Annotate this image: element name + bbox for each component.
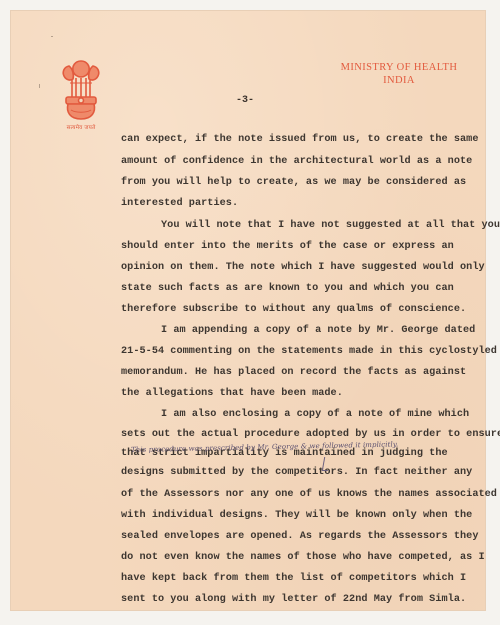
paper-speck: [51, 36, 53, 37]
body-line: the allegations that have been made.: [121, 388, 343, 399]
body-line: with individual designs. They will be kn…: [121, 510, 472, 521]
body-line: have kept back from them the list of com…: [121, 573, 466, 584]
body-line: of the Assessors nor any one of us knows…: [121, 489, 497, 500]
body-line: can expect, if the note issued from us, …: [121, 134, 478, 145]
body-line: amount of confidence in the architectura…: [121, 156, 472, 167]
body-line: sealed envelopes are opened. As regards …: [121, 531, 478, 542]
body-line: interested parties.: [121, 198, 238, 209]
body-line: therefore subscribe to without any qualm…: [121, 304, 466, 315]
body-line: state such facts as are known to you and…: [121, 283, 454, 294]
body-line: opinion on them. The note which I have s…: [121, 262, 485, 273]
body-line: 21-5-54 commenting on the statements mad…: [121, 346, 497, 357]
paragraph-start-line: I am appending a copy of a note by Mr. G…: [161, 325, 475, 336]
body-line: memorandum. He has placed on record the …: [121, 367, 466, 378]
page-number: -3-: [236, 95, 254, 106]
paragraph-start-line: You will note that I have not suggested …: [161, 220, 500, 231]
letterhead-title: MINISTRY OF HEALTH INDIA: [329, 61, 469, 87]
body-line: sent to you along with my letter of 22nd…: [121, 594, 466, 605]
letter-page: सत्यमेव जयते MINISTRY OF HEALTH INDIA -3…: [11, 11, 485, 610]
body-line: do not even know the names of those who …: [121, 552, 485, 563]
country-name: INDIA: [329, 74, 469, 87]
body-line: should enter into the merits of the case…: [121, 241, 454, 252]
body-line: sets out the actual procedure adopted by…: [121, 429, 500, 440]
paper-speck: [39, 84, 40, 88]
emblem-motto: सत्यमेव जयते: [53, 123, 109, 131]
ministry-name: MINISTRY OF HEALTH: [329, 61, 469, 74]
paragraph-start-line: I am also enclosing a copy of a note of …: [161, 409, 469, 420]
body-line: designs submitted by the competitors. In…: [121, 467, 472, 478]
body-line: from you will help to create, as we may …: [121, 177, 466, 188]
state-emblem-icon: [58, 57, 104, 133]
